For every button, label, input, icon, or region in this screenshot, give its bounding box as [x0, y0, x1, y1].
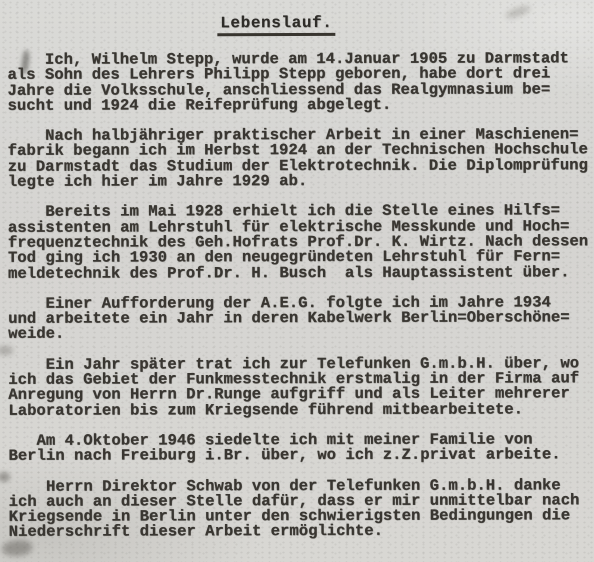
paragraph-thanks: Herrn Direktor Schwab von der Telefunken…: [9, 478, 591, 541]
paragraph-birth-education: Ich, Wilhelm Stepp, wurde am 14.Januar 1…: [7, 51, 589, 114]
paragraph-freiburg: Am 4.Oktober 1946 siedelte ich mit meine…: [8, 432, 590, 464]
paragraph-aeg: Einer Aufforderung der A.E.G. folgte ich…: [8, 295, 590, 342]
paragraph-telefunken: Ein Jahr später trat ich zur Telefunken …: [8, 356, 590, 419]
document-title: Lebenslauf.: [217, 14, 335, 36]
paragraph-assistant-positions: Bereits im Mai 1928 erhielt ich die Stel…: [8, 204, 590, 282]
paragraph-studies: Nach halbjähriger praktischer Arbeit in …: [8, 127, 590, 190]
title-row: Lebenslauf.: [0, 13, 567, 37]
scanned-document-page: Lebenslauf. Ich, Wilhelm Stepp, wurde am…: [0, 0, 594, 562]
